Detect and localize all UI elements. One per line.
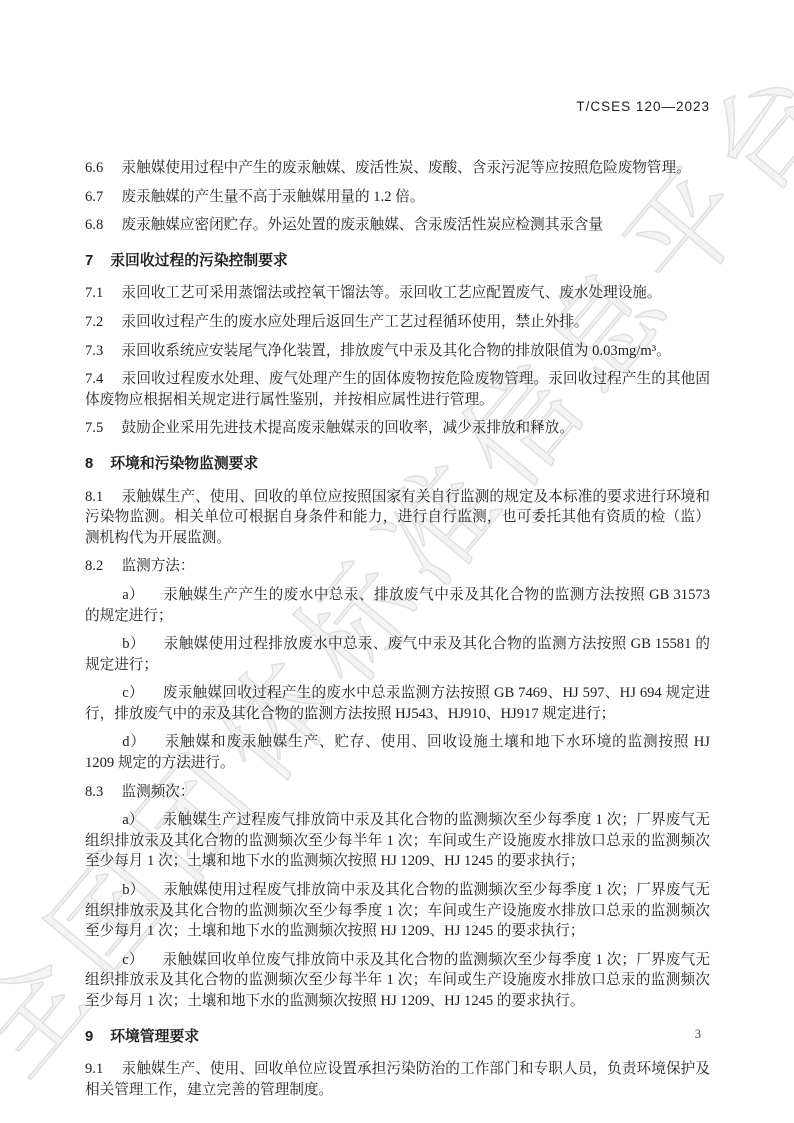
clause-number: 7 — [85, 253, 93, 269]
clause-paragraph: 8.1汞触媒生产、使用、回收的单位应按照国家有关自行监测的规定及本标准的要求进行… — [85, 487, 710, 549]
clause-paragraph: 6.6汞触媒使用过程中产生的废汞触媒、废活性炭、废酸、含汞污泥等应按照危险废物管… — [85, 158, 710, 179]
clause-text: 废汞触媒的产生量不高于汞触媒用量的 1.2 倍。 — [122, 189, 425, 205]
list-item: b）汞触媒使用过程废气排放筒中汞及其化合物的监测频次至少每季度 1 次；厂界废气… — [85, 880, 710, 942]
clause-number: 6.6 — [85, 160, 103, 176]
clause-text: 废汞触媒回收过程产生的废水中总汞监测方法按照 GB 7469、HJ 597、HJ… — [85, 685, 710, 722]
clause-paragraph: 9.1汞触媒生产、使用、回收单位应设置承担污染防治的工作部门和专职人员，负责环境… — [85, 1059, 710, 1100]
section-heading-text: 环境管理要求 — [110, 1029, 199, 1045]
clause-number: 8 — [85, 456, 93, 472]
clause-number: 9.1 — [85, 1061, 103, 1077]
section-heading-text: 汞回收过程的污染控制要求 — [110, 253, 288, 269]
list-item-label: c） — [122, 952, 143, 968]
section-heading: 9环境管理要求 — [85, 1027, 710, 1048]
clause-text: 汞回收过程废水处理、废气处理产生的固体废物按危险废物管理。汞回收过程产生的其他固… — [85, 371, 710, 408]
clause-paragraph: 6.7废汞触媒的产生量不高于汞触媒用量的 1.2 倍。 — [85, 187, 710, 208]
clause-paragraph: 7.2汞回收过程产生的废水应处理后返回生产工艺过程循环使用，禁止外排。 — [85, 312, 710, 333]
clause-paragraph: 8.2监测方法： — [85, 556, 710, 577]
section-heading: 7汞回收过程的污染控制要求 — [85, 251, 710, 272]
clause-text: 汞触媒生产过程废气排放筒中汞及其化合物的监测频次至少每季度 1 次；厂界废气无组… — [85, 812, 710, 869]
clause-number: 7.1 — [85, 285, 103, 301]
clause-paragraph: 6.8废汞触媒应密闭贮存。外运处置的废汞触媒、含汞废活性炭应检测其汞含量 — [85, 215, 710, 236]
list-item: c）汞触媒回收单位废气排放筒中汞及其化合物的监测频次至少每季度 1 次；厂界废气… — [85, 950, 710, 1012]
clause-text: 汞触媒使用过程废气排放筒中汞及其化合物的监测频次至少每季度 1 次；厂界废气无组… — [85, 882, 710, 939]
clause-paragraph: 7.1汞回收工艺可采用蒸馏法或控氧干馏法等。汞回收工艺应配置废气、废水处理设施。 — [85, 283, 710, 304]
clause-number: 6.8 — [85, 217, 103, 233]
clause-number: 8.1 — [85, 489, 103, 505]
clause-text: 监测方法： — [122, 558, 195, 574]
list-item-label: c） — [122, 685, 144, 701]
clause-text: 汞触媒生产、使用、回收的单位应按照国家有关自行监测的规定及本标准的要求进行环境和… — [85, 489, 710, 546]
clause-text: 汞触媒使用过程排放废水中总汞、废气中汞及其化合物的监测方法按照 GB 15581… — [85, 636, 710, 673]
list-item-label: b） — [122, 882, 144, 898]
list-item-label: b） — [122, 636, 145, 652]
clause-number: 6.7 — [85, 189, 103, 205]
clause-paragraph: 7.5鼓励企业采用先进技术提高废汞触媒汞的回收率，减少汞排放和释放。 — [85, 418, 710, 439]
clause-text: 汞回收工艺可采用蒸馏法或控氧干馏法等。汞回收工艺应配置废气、废水处理设施。 — [122, 285, 662, 301]
clause-text: 汞触媒生产、使用、回收单位应设置承担污染防治的工作部门和专职人员，负责环境保护及… — [85, 1061, 710, 1098]
clause-text: 汞回收过程产生的废水应处理后返回生产工艺过程循环使用，禁止外排。 — [122, 314, 589, 330]
clause-number: 7.5 — [85, 420, 103, 436]
clause-text: 汞触媒和废汞触媒生产、贮存、使用、回收设施土壤和地下水环境的监测按照 HJ 12… — [85, 734, 710, 771]
section-heading-text: 环境和污染物监测要求 — [110, 456, 258, 472]
clause-number: 7.2 — [85, 314, 103, 330]
clause-text: 鼓励企业采用先进技术提高废汞触媒汞的回收率，减少汞排放和释放。 — [122, 420, 574, 436]
document-body: 6.6汞触媒使用过程中产生的废汞触媒、废活性炭、废酸、含汞污泥等应按照危险废物管… — [85, 158, 710, 1100]
clause-paragraph: 7.3汞回收系统应安装尾气净化装置，排放废气中汞及其化合物的排放限值为 0.03… — [85, 341, 710, 362]
section-heading: 8环境和污染物监测要求 — [85, 454, 710, 475]
clause-number: 7.4 — [85, 371, 103, 387]
clause-paragraph: 7.4汞回收过程废水处理、废气处理产生的固体废物按危险废物管理。汞回收过程产生的… — [85, 369, 710, 410]
list-item: a）汞触媒生产过程废气排放筒中汞及其化合物的监测频次至少每季度 1 次；厂界废气… — [85, 810, 710, 872]
document-page: 全国团体标准信息平台 T/CSES 120—2023 6.6汞触媒使用过程中产生… — [0, 0, 794, 1123]
clause-number: 8.2 — [85, 558, 103, 574]
clause-text: 废汞触媒应密闭贮存。外运处置的废汞触媒、含汞废活性炭应检测其汞含量 — [122, 217, 604, 233]
list-item: d）汞触媒和废汞触媒生产、贮存、使用、回收设施土壤和地下水环境的监测按照 HJ … — [85, 732, 710, 773]
clause-text: 汞触媒生产产生的废水中总汞、排放废气中汞及其化合物的监测方法按照 GB 3157… — [85, 587, 710, 624]
page-number: 3 — [695, 1027, 701, 1042]
list-item-label: a） — [122, 812, 143, 828]
list-item: c）废汞触媒回收过程产生的废水中总汞监测方法按照 GB 7469、HJ 597、… — [85, 683, 710, 724]
clause-number: 9 — [85, 1029, 93, 1045]
list-item: a）汞触媒生产产生的废水中总汞、排放废气中汞及其化合物的监测方法按照 GB 31… — [85, 585, 710, 626]
doc-number-header: T/CSES 120—2023 — [85, 99, 710, 114]
clause-number: 7.3 — [85, 343, 103, 359]
clause-text: 汞触媒使用过程中产生的废汞触媒、废活性炭、废酸、含汞污泥等应按照危险废物管理。 — [122, 160, 691, 176]
clause-paragraph: 8.3监测频次： — [85, 782, 710, 803]
list-item-label: d） — [122, 734, 146, 750]
clause-number: 8.3 — [85, 784, 103, 800]
list-item: b）汞触媒使用过程排放废水中总汞、废气中汞及其化合物的监测方法按照 GB 155… — [85, 634, 710, 675]
clause-text: 监测频次： — [122, 784, 195, 800]
clause-text: 汞触媒回收单位废气排放筒中汞及其化合物的监测频次至少每季度 1 次；厂界废气无组… — [85, 952, 710, 1009]
list-item-label: a） — [122, 587, 144, 603]
clause-text: 汞回收系统应安装尾气净化装置，排放废气中汞及其化合物的排放限值为 0.03mg/… — [122, 343, 671, 359]
